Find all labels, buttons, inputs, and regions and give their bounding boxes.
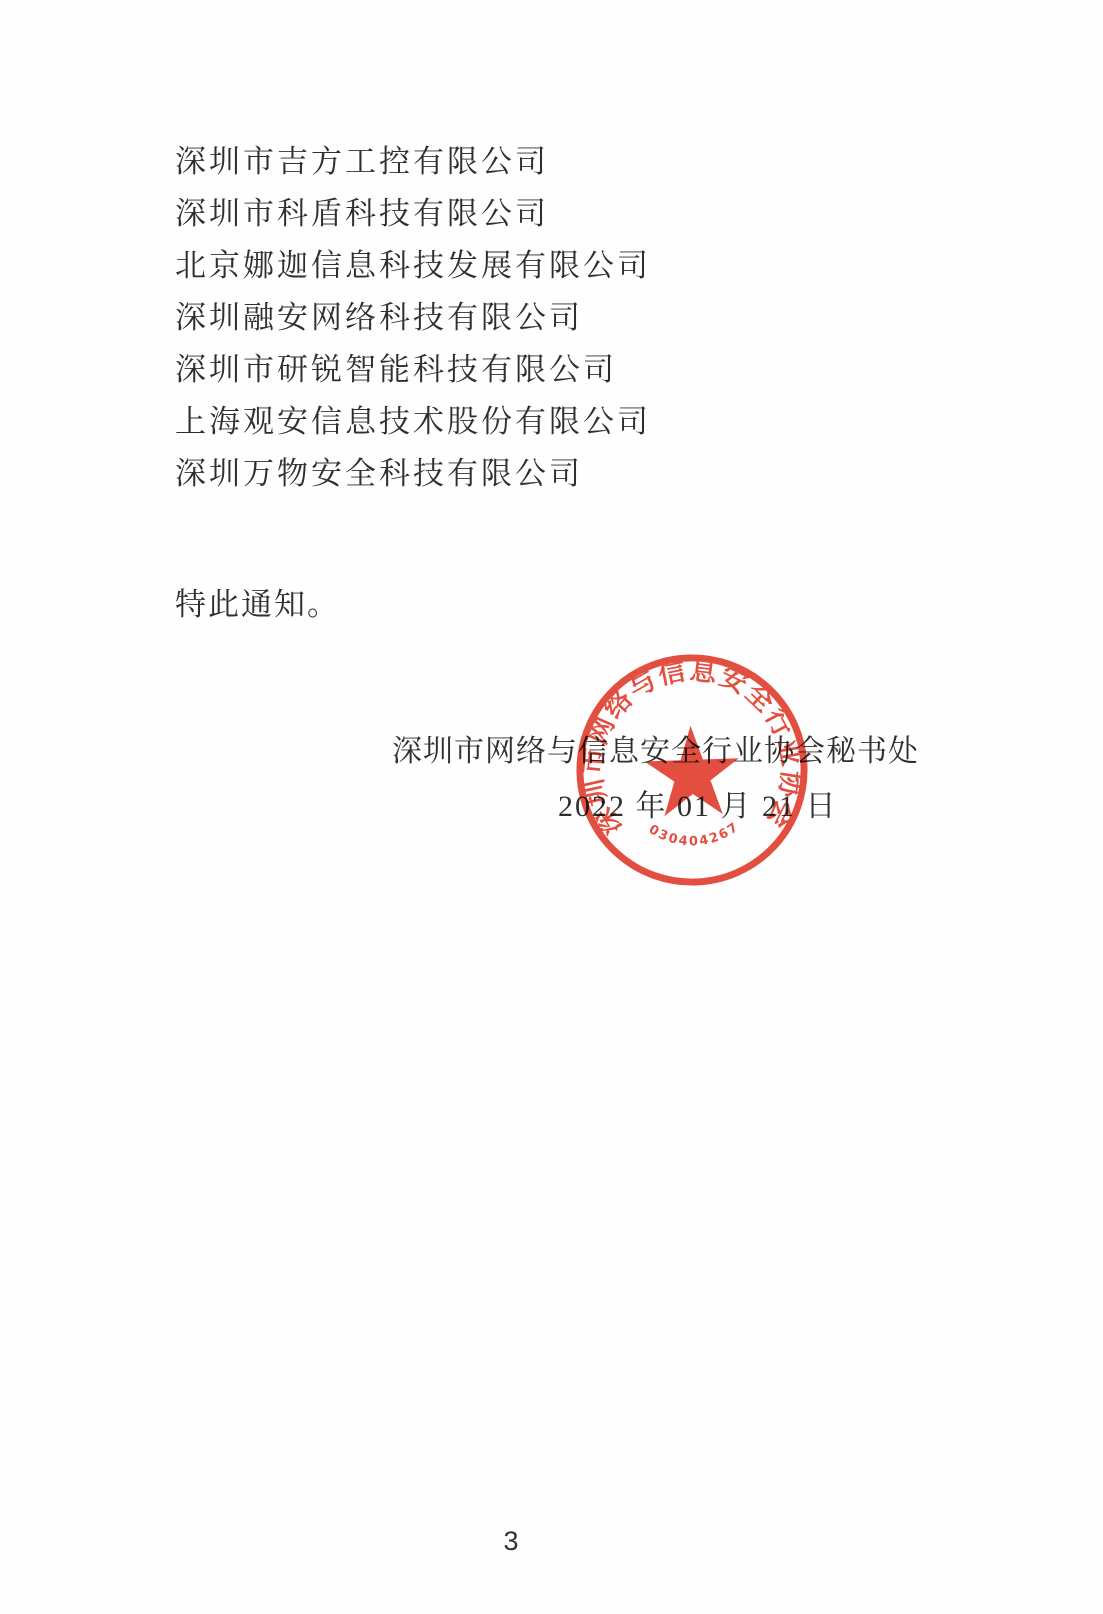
company-name: 深圳市科盾科技有限公司	[175, 188, 651, 240]
company-name: 深圳市研锐智能科技有限公司	[175, 344, 651, 396]
page-number: 3	[481, 1526, 541, 1557]
official-seal: 深圳市网络与信息安全行业协会 ★ 4403040426732	[569, 647, 815, 893]
company-name: 北京娜迦信息科技发展有限公司	[175, 240, 651, 292]
company-list: 深圳市吉方工控有限公司 深圳市科盾科技有限公司 北京娜迦信息科技发展有限公司 深…	[175, 136, 651, 500]
closing-text: 特此通知。	[175, 579, 340, 631]
company-name: 上海观安信息技术股份有限公司	[175, 396, 651, 448]
company-name: 深圳融安网络科技有限公司	[175, 292, 651, 344]
document-page: 深圳市吉方工控有限公司 深圳市科盾科技有限公司 北京娜迦信息科技发展有限公司 深…	[0, 0, 1103, 1614]
company-name: 深圳万物安全科技有限公司	[175, 448, 651, 500]
company-name: 深圳市吉方工控有限公司	[175, 136, 651, 188]
